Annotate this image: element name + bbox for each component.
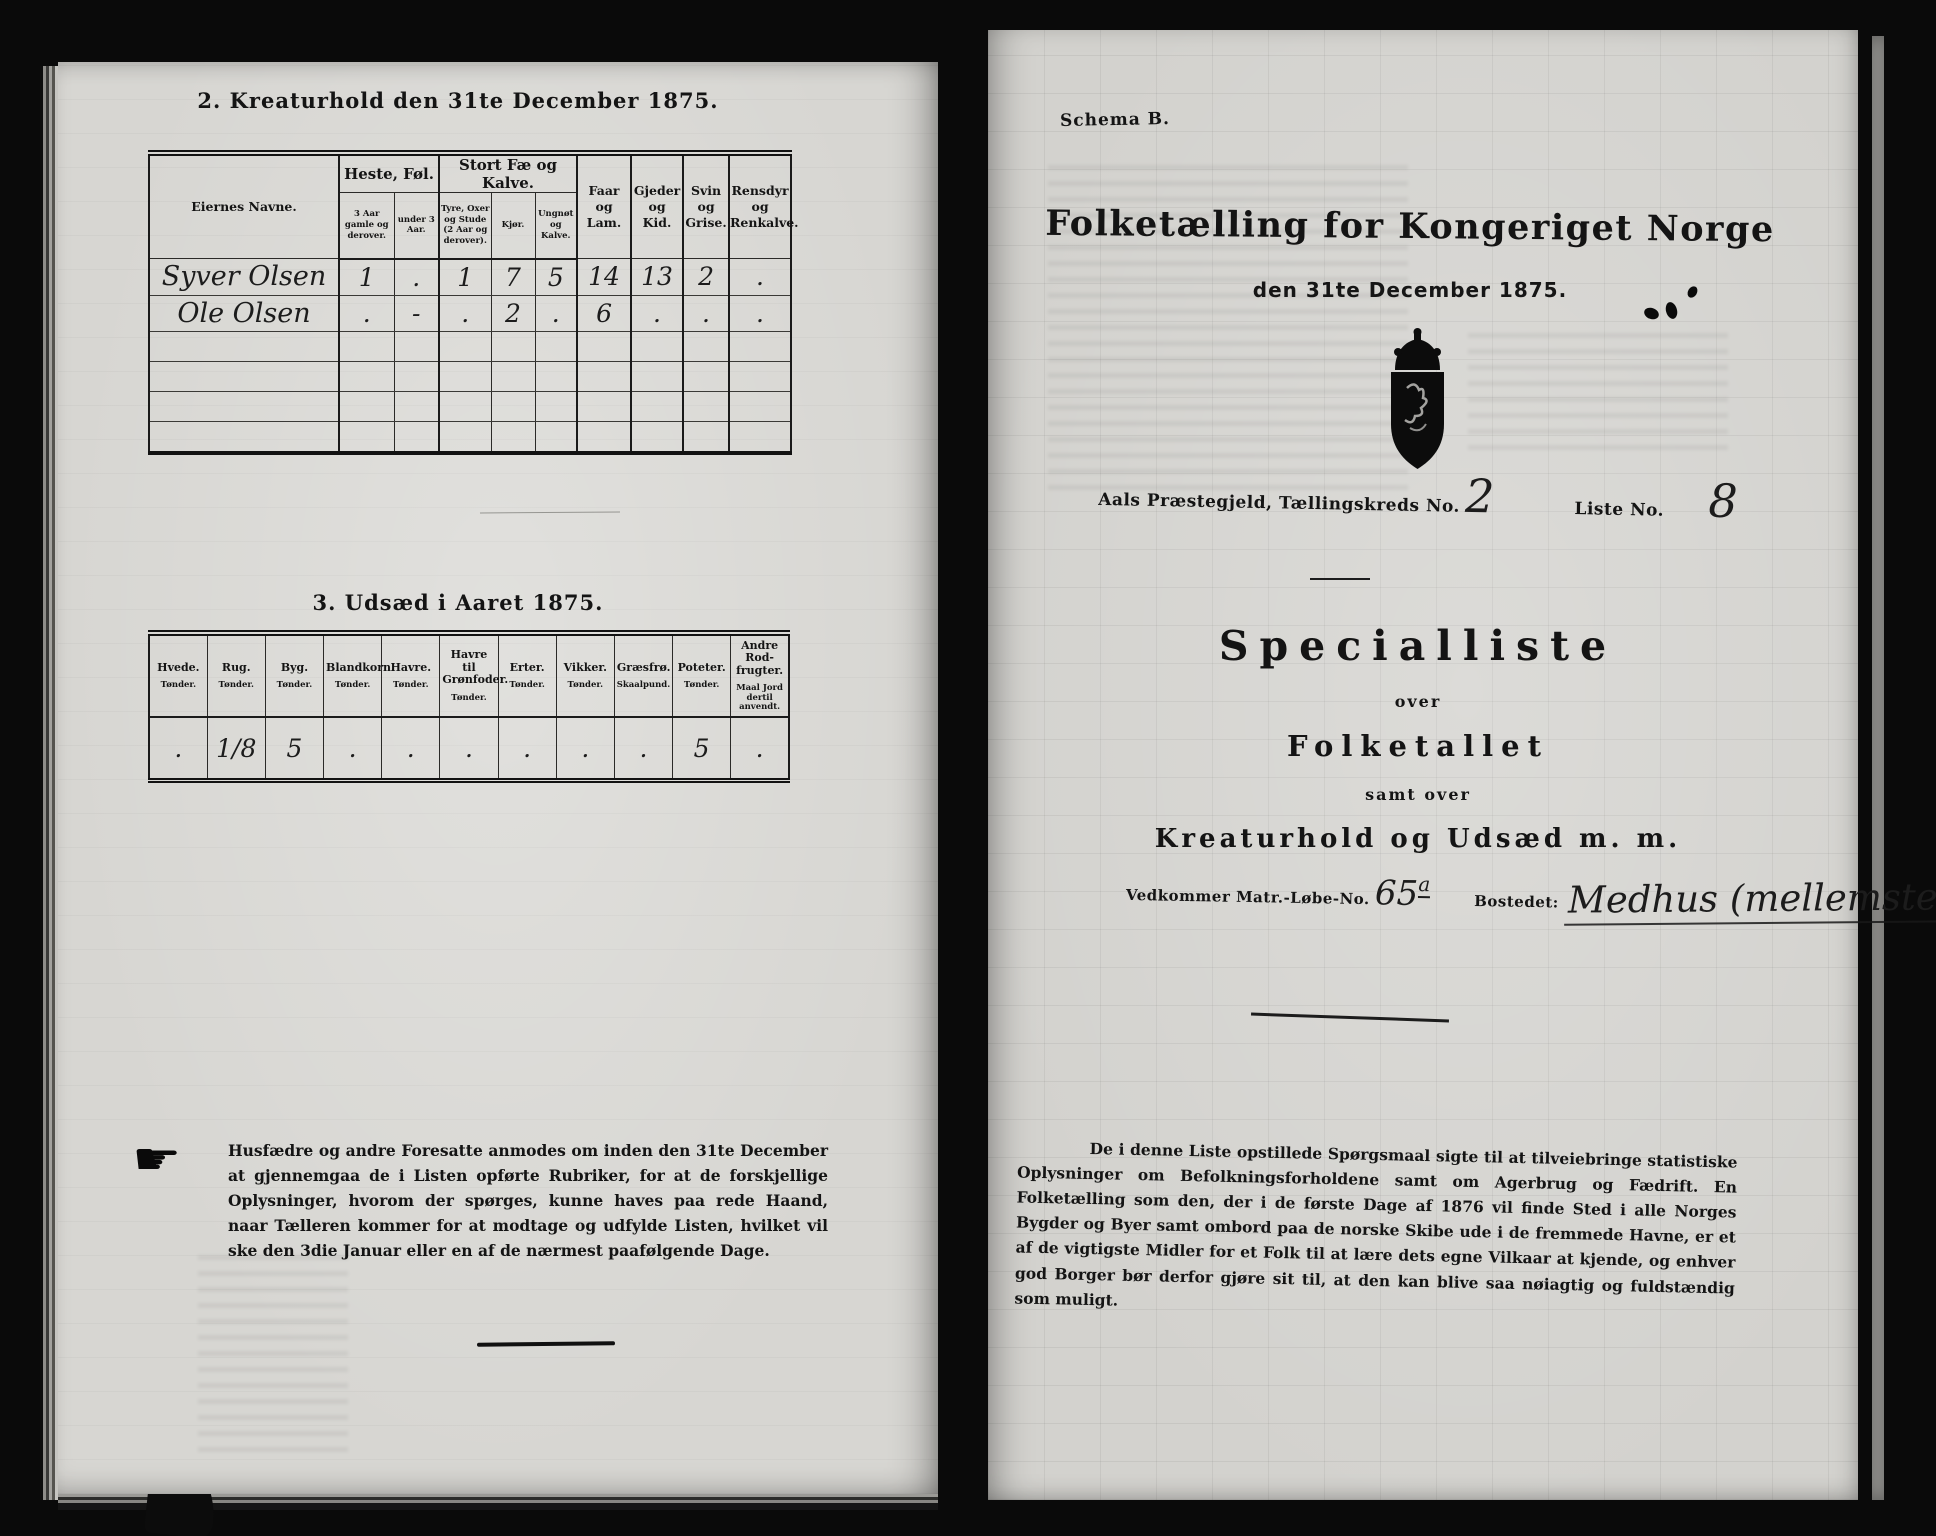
- crop-name: Havre.: [382, 662, 439, 675]
- table-row: Ole Olsen . - . 2 . 6 . . .: [149, 295, 791, 331]
- value-cell: [535, 361, 577, 391]
- value-cell: 7: [491, 259, 535, 296]
- value-cell: .: [631, 295, 683, 331]
- value-cell: [394, 391, 439, 421]
- value-cell: [683, 331, 729, 361]
- left-footnote-text: Husfædre og andre Foresatte anmodes om i…: [228, 1138, 828, 1264]
- specialliste-title: Specialliste: [988, 622, 1848, 670]
- crop-value-cell: .: [498, 717, 556, 781]
- crop-unit: Tønder.: [673, 681, 730, 690]
- crop-unit: Tønder.: [440, 694, 497, 703]
- crop-name: Græsfrø.: [615, 662, 672, 675]
- value-cell: [439, 361, 491, 391]
- crop-value-cell: .: [382, 717, 440, 781]
- value-cell: .: [339, 295, 394, 331]
- owner-name-cell: [149, 331, 339, 361]
- value-cell: [683, 391, 729, 421]
- samt-over-label: samt over: [988, 785, 1848, 804]
- table-row: [149, 361, 791, 391]
- value-cell: [394, 361, 439, 391]
- coat-of-arms: [1382, 328, 1454, 482]
- crop-value-cell: .: [731, 717, 789, 781]
- owner-name-cell: Syver Olsen: [149, 259, 339, 296]
- crop-value-cell: 1/8: [207, 717, 265, 781]
- right-page: Schema B. Folketælling for Kongeriget No…: [988, 30, 1858, 1500]
- value-cell: [577, 361, 631, 391]
- crop-column-header: Poteter. Tønder.: [673, 633, 731, 717]
- crop-name: Havre til Grønfoder.: [440, 649, 497, 687]
- crop-column-header: Græsfrø. Skaalpund.: [614, 633, 672, 717]
- value-cell: [394, 331, 439, 361]
- matr-label: Vedkommer Matr.-Løbe-No.: [1126, 886, 1370, 908]
- value-cell: 13: [631, 259, 683, 296]
- subheader-heste-3aar: 3 Aar gamle og derover.: [339, 193, 394, 259]
- folketallet-label: Folketallet: [988, 729, 1848, 763]
- crop-name: Byg.: [266, 662, 323, 675]
- subheader-tyre-oxer: Tyre, Oxer og Stude (2 Aar og derover).: [439, 193, 491, 259]
- bosted-value: Medhus (mellemste): [1564, 875, 1936, 925]
- kreaturhold-table-title: 2. Kreaturhold den 31te December 1875.: [188, 88, 728, 113]
- liste-number: 8: [1708, 474, 1738, 529]
- value-cell: [491, 391, 535, 421]
- crop-value-cell: .: [614, 717, 672, 781]
- crop-unit: Tønder.: [208, 681, 265, 690]
- value-cell: [339, 421, 394, 453]
- schema-label: Schema B.: [1060, 109, 1170, 131]
- udsaed-values-row: .1/85......5.: [149, 717, 789, 781]
- district-prefix: Aals Præstegjeld, Tællingskreds No.: [1098, 490, 1460, 517]
- crop-column-header: Havre. Tønder.: [382, 633, 440, 717]
- value-cell: 2: [491, 295, 535, 331]
- owner-name-cell: [149, 391, 339, 421]
- kreaturhold-rows: Syver Olsen 1 . 1 7 5 14 13 2 . Ole Olse…: [149, 259, 791, 453]
- table-row: [149, 391, 791, 421]
- value-cell: [535, 331, 577, 361]
- value-cell: [631, 421, 683, 453]
- subheader-ungnot-kalve: Ungnøt og Kalve.: [535, 193, 577, 259]
- table-row: Syver Olsen 1 . 1 7 5 14 13 2 .: [149, 259, 791, 296]
- value-cell: .: [439, 295, 491, 331]
- crop-column-header: Vikker. Tønder.: [556, 633, 614, 717]
- udsaed-table: Hvede. Tønder. Rug. Tønder. Byg. Tønder.…: [148, 630, 790, 783]
- crop-name: Andre Rod-frugter.: [731, 640, 788, 678]
- crop-value-cell: .: [556, 717, 614, 781]
- value-cell: [577, 421, 631, 453]
- crop-name: Poteter.: [673, 662, 730, 675]
- bleedthrough-text: [1468, 330, 1728, 450]
- value-cell: [729, 361, 791, 391]
- crop-column-header: Byg. Tønder.: [265, 633, 323, 717]
- crop-unit: Tønder.: [382, 681, 439, 690]
- value-cell: [729, 421, 791, 453]
- over-label: over: [988, 692, 1848, 711]
- value-cell: .: [729, 295, 791, 331]
- right-binding-sliver: [1872, 36, 1884, 1500]
- value-cell: 1: [439, 259, 491, 296]
- value-cell: [439, 421, 491, 453]
- crop-column-header: Hvede. Tønder.: [149, 633, 207, 717]
- value-cell: [339, 331, 394, 361]
- crop-column-header: Rug. Tønder.: [207, 633, 265, 717]
- header-group-stort-fae: Stort Fæ og Kalve.: [439, 153, 577, 193]
- crop-value-cell: .: [149, 717, 207, 781]
- value-cell: .: [683, 295, 729, 331]
- ink-blot: [1664, 301, 1679, 320]
- date-line: den 31te December 1875.: [980, 278, 1840, 302]
- value-cell: [535, 421, 577, 453]
- value-cell: [631, 331, 683, 361]
- left-page-edge-stack: [40, 66, 58, 1500]
- value-cell: [577, 331, 631, 361]
- crop-column-header: Andre Rod-frugter. Maal Jord dertil anve…: [731, 633, 789, 717]
- value-cell: [439, 331, 491, 361]
- value-cell: [535, 391, 577, 421]
- district-line: Aals Præstegjeld, Tællingskreds No. 2 Li…: [988, 474, 1848, 525]
- header-rensdyr: Rensdyr og Renkalve.: [729, 153, 791, 259]
- table-row: [149, 421, 791, 453]
- value-cell: [491, 361, 535, 391]
- value-cell: [339, 361, 394, 391]
- left-page: 2. Kreaturhold den 31te December 1875. E…: [58, 62, 938, 1494]
- crop-name: Hvede.: [150, 662, 207, 675]
- header-faar-og-lam: Faar og Lam.: [577, 153, 631, 259]
- stray-pencil-mark: [480, 512, 620, 514]
- udsaed-table-title: 3. Udsæd i Aaret 1875.: [188, 590, 728, 615]
- value-cell: [683, 361, 729, 391]
- header-svin-og-grise: Svin og Grise.: [683, 153, 729, 259]
- matr-number: 65: [1375, 873, 1419, 914]
- crop-name: Rug.: [208, 662, 265, 675]
- bosted-label: Bostedet:: [1474, 892, 1559, 911]
- value-cell: .: [394, 259, 439, 296]
- crop-unit: Tønder.: [266, 681, 323, 690]
- crop-value-cell: .: [324, 717, 382, 781]
- value-cell: -: [394, 295, 439, 331]
- manicule-icon: ☛: [132, 1138, 252, 1264]
- value-cell: [339, 391, 394, 421]
- census-scan: 2. Kreaturhold den 31te December 1875. E…: [0, 0, 1936, 1536]
- value-cell: 2: [683, 259, 729, 296]
- crop-value-cell: 5: [673, 717, 731, 781]
- value-cell: 1: [339, 259, 394, 296]
- value-cell: [491, 421, 535, 453]
- pen-underline: [1251, 1013, 1449, 1023]
- udsaed-header-row: Hvede. Tønder. Rug. Tønder. Byg. Tønder.…: [149, 633, 789, 717]
- bleedthrough-text: [198, 1252, 348, 1452]
- pen-stroke: [477, 1341, 615, 1346]
- right-footnote-text: De i denne Liste opstillede Spørgsmaal s…: [1014, 1134, 1738, 1325]
- left-footnote: ☛ Husfædre og andre Foresatte anmodes om…: [132, 1138, 828, 1264]
- crop-value-cell: 5: [265, 717, 323, 781]
- subheader-heste-under3: under 3 Aar.: [394, 193, 439, 259]
- value-cell: [729, 331, 791, 361]
- value-cell: 14: [577, 259, 631, 296]
- crop-unit: Tønder.: [150, 681, 207, 690]
- liste-label: Liste No.: [1574, 499, 1664, 521]
- owner-name-cell: Ole Olsen: [149, 295, 339, 331]
- table-row: [149, 331, 791, 361]
- crop-name: Blandkorn.: [324, 662, 381, 675]
- value-cell: [439, 391, 491, 421]
- subheader-kjor: Kjør.: [491, 193, 535, 259]
- value-cell: 5: [535, 259, 577, 296]
- value-cell: [631, 361, 683, 391]
- crop-unit: Tønder.: [324, 681, 381, 690]
- crop-column-header: Blandkorn. Tønder.: [324, 633, 382, 717]
- main-title: Folketælling for Kongeriget Norge: [980, 202, 1840, 251]
- crop-name: Vikker.: [557, 662, 614, 675]
- ink-blot: [1643, 306, 1661, 321]
- divider-rule: [1310, 578, 1370, 580]
- matr-number-suffix: a: [1418, 872, 1430, 898]
- crop-unit: Maal Jord dertil anvendt.: [731, 684, 788, 712]
- value-cell: [577, 391, 631, 421]
- crop-unit: Skaalpund.: [615, 681, 672, 690]
- value-cell: .: [535, 295, 577, 331]
- header-group-heste: Heste, Føl.: [339, 153, 439, 193]
- value-cell: 6: [577, 295, 631, 331]
- value-cell: [491, 331, 535, 361]
- header-gjeder-og-kid: Gjeder og Kid.: [631, 153, 683, 259]
- crop-value-cell: .: [440, 717, 498, 781]
- crop-unit: Tønder.: [557, 681, 614, 690]
- property-line: Vedkommer Matr.-Løbe-No. 65a Bostedet: M…: [1126, 866, 1827, 925]
- owner-name-cell: [149, 361, 339, 391]
- crop-column-header: Havre til Grønfoder. Tønder.: [440, 633, 498, 717]
- value-cell: [683, 421, 729, 453]
- value-cell: [631, 391, 683, 421]
- value-cell: [729, 391, 791, 421]
- tellingskreds-number: 2: [1465, 469, 1495, 524]
- list-heading: Specialliste over Folketallet samt over …: [988, 622, 1848, 854]
- kreaturhold-table: Eiernes Navne. Heste, Føl. Stort Fæ og K…: [148, 150, 792, 455]
- owner-name-cell: [149, 421, 339, 453]
- kreaturhold-udsaed-label: Kreaturhold og Udsæd m. m.: [988, 824, 1848, 854]
- header-eiernes-navne: Eiernes Navne.: [149, 153, 339, 259]
- value-cell: [394, 421, 439, 453]
- value-cell: .: [729, 259, 791, 296]
